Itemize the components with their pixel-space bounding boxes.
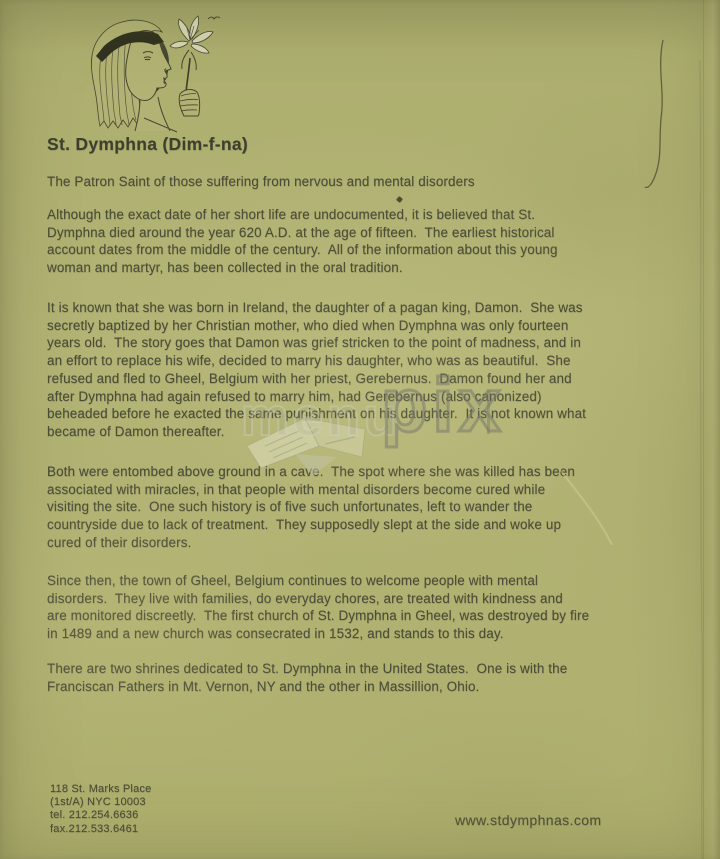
paper-right-edge — [703, 0, 720, 859]
bird-squiggle-icon — [208, 17, 220, 19]
scanned-flyer-page: St. Dymphna (Dim-f-na) The Patron Saint … — [0, 0, 720, 859]
st-dymphna-emblem — [80, 12, 240, 134]
paragraph-miracles: Both were entombed above ground in a cav… — [47, 463, 575, 552]
page-title: St. Dymphna (Dim-f-na) — [47, 134, 248, 155]
website-url: www.stdymphnas.com — [455, 812, 601, 828]
ink-speck — [396, 196, 403, 203]
paragraph-history-intro: Although the exact date of her short lif… — [47, 206, 558, 277]
paragraph-us-shrines: There are two shrines dedicated to St. D… — [47, 660, 567, 695]
paragraph-life-story: It is known that she was born in Ireland… — [47, 299, 586, 441]
flower-stem — [186, 58, 190, 92]
address-block: 118 St. Marks Place (1st/A) NYC 10003 te… — [50, 783, 151, 836]
subtitle: The Patron Saint of those suffering from… — [47, 173, 475, 191]
paragraph-gheel-today: Since then, the town of Gheel, Belgium c… — [47, 572, 589, 643]
